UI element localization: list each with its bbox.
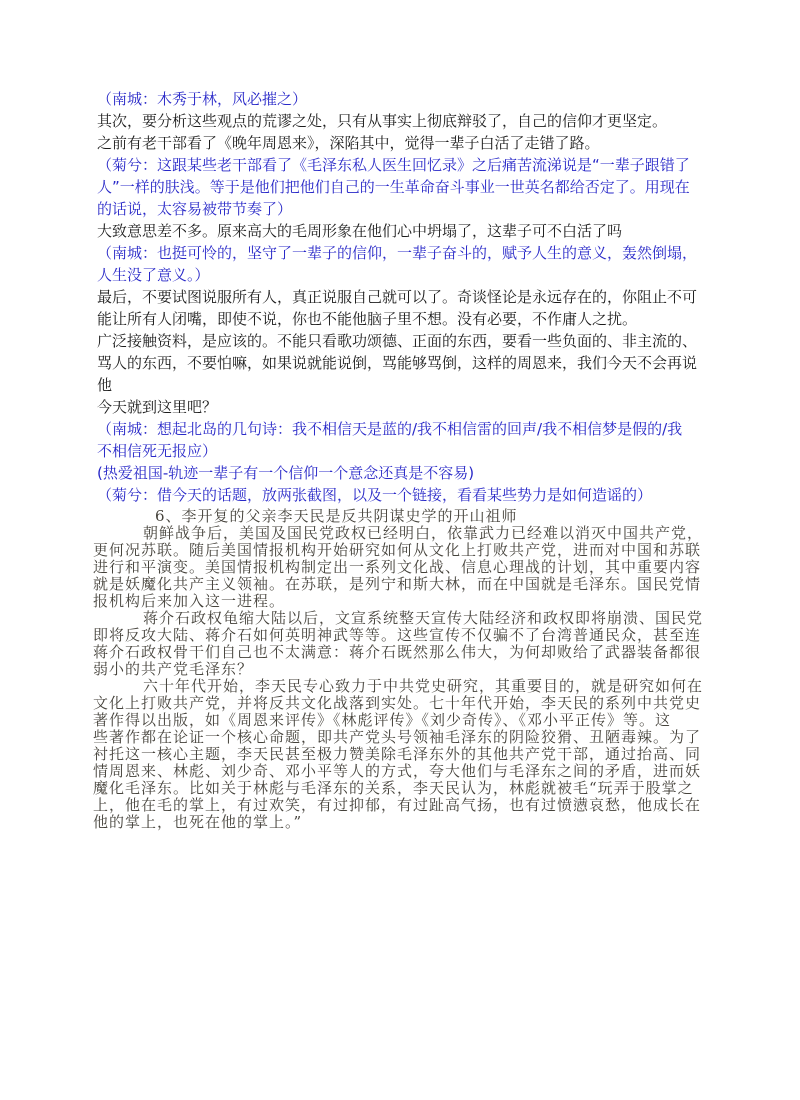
article-line: 报机构后来加入这一进程。 bbox=[93, 593, 733, 610]
article-line: 即将反攻大陆、蒋介石如何英明神武等等。这些宣传不仅骗不了台湾普通民众，甚至连 bbox=[93, 627, 733, 644]
article-line: 更何况苏联。随后美国情报机构开始研究如何从文化上打败共产党，进而对中国和苏联 bbox=[93, 542, 733, 559]
discussion-block: （南城：木秀于林，风必摧之） 其次，要分析这些观点的荒谬之处，只有从事实上彻底辩… bbox=[97, 88, 717, 506]
discussion-line: 今天就到这里吧？ bbox=[97, 396, 717, 418]
discussion-line: 人”一样的肤浅。等于是他们把他们自己的一生革命奋斗事业一世英名都给否定了。用现在 bbox=[97, 176, 717, 198]
discussion-line: (热爱祖国-轨迹一辈子有一个信仰一个意念还真是不容易) bbox=[97, 462, 717, 484]
article-line: 上，他在毛的掌上，有过欢笑，有过抑郁，有过趾高气扬，也有过愤懑哀愁，他成长在 bbox=[93, 797, 733, 814]
discussion-line: （南城：木秀于林，风必摧之） bbox=[97, 88, 717, 110]
discussion-line: 不相信死无报应） bbox=[97, 440, 717, 462]
document-page: （南城：木秀于林，风必摧之） 其次，要分析这些观点的荒谬之处，只有从事实上彻底辩… bbox=[0, 0, 800, 1100]
article-line: 弱小的共产党毛泽东？ bbox=[93, 661, 733, 678]
discussion-line: 其次，要分析这些观点的荒谬之处，只有从事实上彻底辩驳了，自己的信仰才更坚定。 bbox=[97, 110, 717, 132]
article-line: 朝鲜战争后，美国及国民党政权已经明白，依靠武力已经难以消灭中国共产党， bbox=[93, 525, 733, 542]
discussion-line: 他 bbox=[97, 374, 717, 396]
article-block: 6、李开复的父亲李天民是反共阴谋史学的开山祖师 朝鲜战争后，美国及国民党政权已经… bbox=[93, 508, 733, 831]
discussion-line: 最后，不要试图说服所有人，真正说服自己就可以了。奇谈怪论是永远存在的，你阻止不可 bbox=[97, 286, 717, 308]
article-line: 就是妖魔化共产主义领袖。在苏联，是列宁和斯大林，而在中国就是毛泽东。国民党情 bbox=[93, 576, 733, 593]
article-line: 情周恩来、林彪、刘少奇、邓小平等人的方式，夸大他们与毛泽东之间的矛盾，进而妖 bbox=[93, 763, 733, 780]
article-heading: 6、李开复的父亲李天民是反共阴谋史学的开山祖师 bbox=[93, 508, 733, 525]
discussion-line: （菊兮：这跟某些老干部看了《毛泽东私人医生回忆录》之后痛苦流涕说是“一辈子跟错了 bbox=[97, 154, 717, 176]
discussion-line: 人生没了意义。） bbox=[97, 264, 717, 286]
discussion-line: （菊兮：借今天的话题，放两张截图，以及一个链接，看看某些势力是如何造谣的） bbox=[97, 484, 717, 506]
discussion-line: 大致意思差不多。原来高大的毛周形象在他们心中坍塌了，这辈子可不白活了吗 bbox=[97, 220, 717, 242]
article-line: 六十年代开始，李天民专心致力于中共党史研究，其重要目的，就是研究如何在 bbox=[93, 678, 733, 695]
discussion-line: 广泛接触资料，是应该的。不能只看歌功颂德、正面的东西，要看一些负面的、非主流的、 bbox=[97, 330, 717, 352]
article-line: 他的掌上，也死在他的掌上。” bbox=[93, 814, 733, 831]
article-line: 魔化毛泽东。比如关于林彪与毛泽东的关系，李天民认为，林彪就被毛“玩弄于股掌之 bbox=[93, 780, 733, 797]
article-line: 著作得以出版，如《周恩来评传》《林彪评传》《刘少奇传》、《邓小平正传》等。这 bbox=[93, 712, 733, 729]
discussion-line: 之前有老干部看了《晚年周恩来》，深陷其中，觉得一辈子白活了走错了路。 bbox=[97, 132, 717, 154]
discussion-line: 能让所有人闭嘴，即使不说，你也不能他脑子里不想。没有必要，不作庸人之扰。 bbox=[97, 308, 717, 330]
article-line: 进行和平演变。美国情报机构制定出一系列文化战、信息心理战的计划，其中重要内容 bbox=[93, 559, 733, 576]
article-line: 蒋介石政权骨干们自己也不太满意：蒋介石既然那么伟大，为何却败给了武器装备都很 bbox=[93, 644, 733, 661]
article-line: 蒋介石政权龟缩大陆以后，文宣系统整天宣传大陆经济和政权即将崩溃、国民党 bbox=[93, 610, 733, 627]
discussion-line: 骂人的东西，不要怕嘛，如果说就能说倒，骂能够骂倒，这样的周恩来，我们今天不会再说 bbox=[97, 352, 717, 374]
discussion-line: （南城：也挺可怜的，坚守了一辈子的信仰，一辈子奋斗的，赋予人生的意义，轰然倒塌， bbox=[97, 242, 717, 264]
article-line: 衬托这一核心主题，李天民甚至极力赞美除毛泽东外的其他共产党干部，通过抬高、同 bbox=[93, 746, 733, 763]
discussion-line: （南城：想起北岛的几句诗：我不相信天是蓝的/我不相信雷的回声/我不相信梦是假的/… bbox=[97, 418, 717, 440]
discussion-line: 的话说，太容易被带节奏了） bbox=[97, 198, 717, 220]
article-line: 些著作都在论证一个核心命题，即共产党头号领袖毛泽东的阴险狡猾、丑陋毒辣。为了 bbox=[93, 729, 733, 746]
article-line: 文化上打败共产党，并将反共文化战落到实处。七十年代开始，李天民的系列中共党史 bbox=[93, 695, 733, 712]
